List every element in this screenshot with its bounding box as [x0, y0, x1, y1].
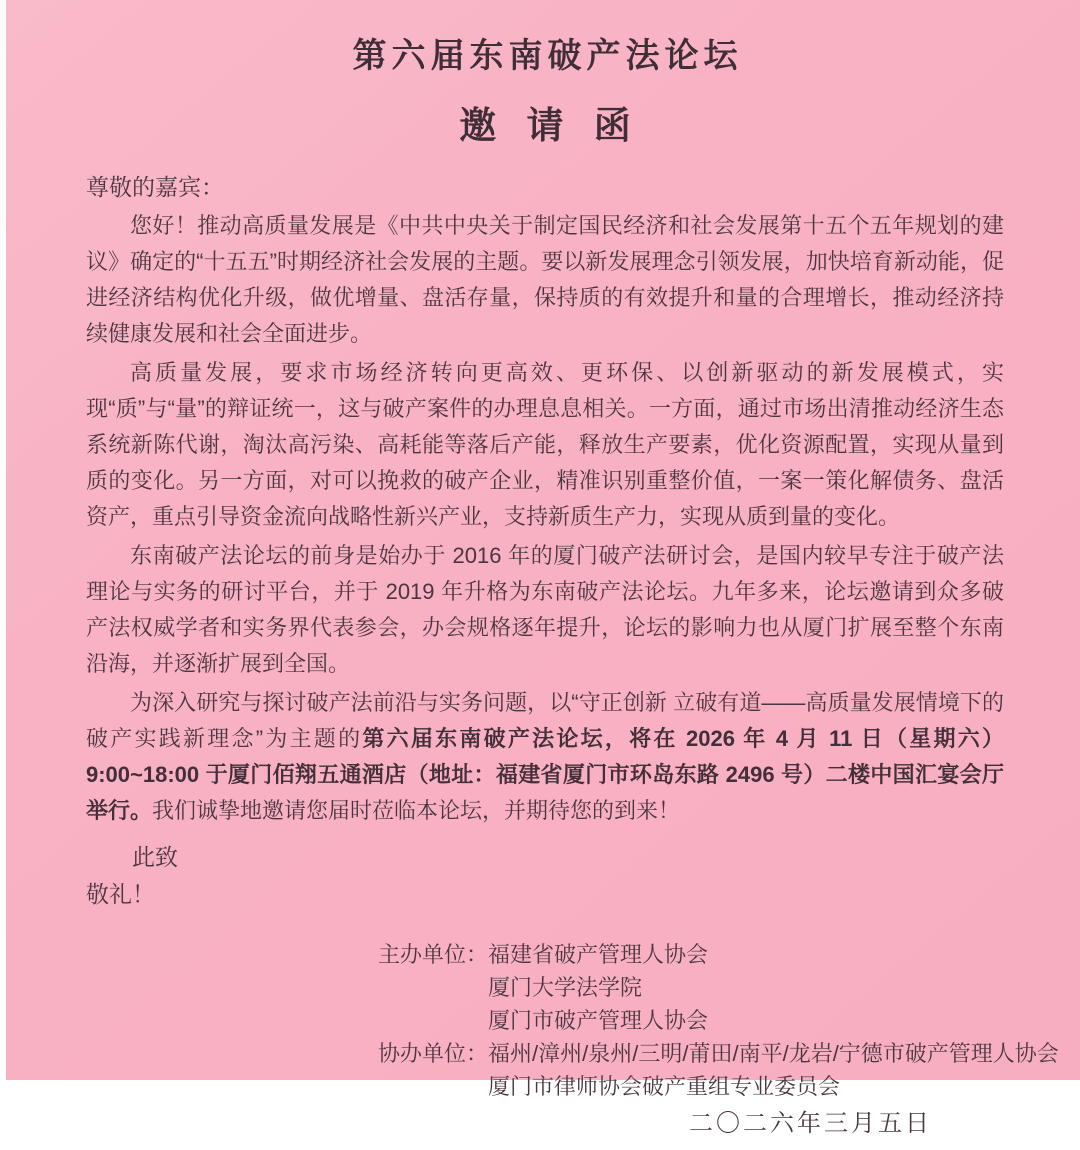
forum-title: 第六届东南破产法论坛 — [86, 28, 1004, 77]
closing-jingli: 敬礼！ — [86, 876, 1004, 912]
organizers-block: 主办单位：福建省破产管理人协会 厦门大学法学院 厦门市破产管理人协会 协办单位：… — [378, 938, 1004, 1080]
host-organizer-2: 厦门大学法学院 — [378, 971, 1004, 1004]
document-title: 邀 请 函 — [86, 95, 1004, 149]
salutation: 尊敬的嘉宾： — [86, 169, 1004, 205]
co-organizer-1: 福州/漳州/泉州/三明/莆田/南平/龙岩/宁德市破产管理人协会 — [488, 1041, 1059, 1066]
paragraph-event-details: 为深入研究与探讨破产法前沿与实务问题，以“守正创新 立破有道——高质量发展情境下… — [86, 685, 1004, 829]
event-details-outro: 我们诚挚地邀请您届时莅临本论坛，并期待您的到来！ — [152, 798, 680, 823]
closing-cizhi: 此致 — [86, 839, 1004, 875]
paragraph-high-quality-development: 您好！推动高质量发展是《中共中央关于制定国民经济和社会发展第十五个五年规划的建议… — [86, 208, 1004, 352]
co-organizer-row: 协办单位：福州/漳州/泉州/三明/莆田/南平/龙岩/宁德市破产管理人协会 — [378, 1037, 1004, 1070]
host-organizer-row: 主办单位：福建省破产管理人协会 — [378, 938, 1004, 971]
paragraph-forum-history: 东南破产法论坛的前身是始办于 2016 年的厦门破产法研讨会，是国内较早专注于破… — [86, 538, 1004, 682]
invitation-letter-page: 第六届东南破产法论坛 邀 请 函 尊敬的嘉宾： 您好！推动高质量发展是《中共中央… — [6, 0, 1080, 1080]
co-organizer-2: 厦门市律师协会破产重组专业委员会 — [378, 1070, 1004, 1080]
co-organizer-label: 协办单位： — [378, 1037, 488, 1070]
host-organizer-3: 厦门市破产管理人协会 — [378, 1004, 1004, 1037]
paragraph-market-economy: 高质量发展，要求市场经济转向更高效、更环保、以创新驱动的新发展模式，实现“质”与… — [86, 355, 1004, 535]
host-organizer-1: 福建省破产管理人协会 — [488, 942, 708, 967]
host-label: 主办单位： — [378, 938, 488, 971]
